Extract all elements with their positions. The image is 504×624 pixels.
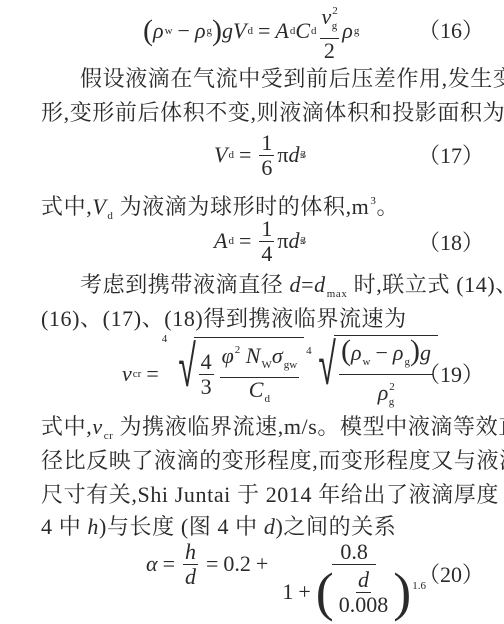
- equals-operator: =: [163, 551, 175, 577]
- equation-16: ( ρw − ρg ) g Vd = Ad Cd v2g 2 ρg: [143, 2, 359, 60]
- paragraph-text: 尺寸有关,Shi Juntai 于 2014 年给出了液滴厚度 (图: [41, 482, 504, 508]
- subscript: d: [311, 25, 317, 37]
- gravity-symbol: g: [222, 18, 233, 44]
- equation-18: Ad = 1 4 π d3s: [214, 212, 304, 270]
- drag-coefficient-symbol: C: [249, 377, 264, 402]
- plus-operator: +: [298, 565, 310, 619]
- denominator: d: [183, 565, 198, 589]
- denominator: 3: [199, 375, 214, 399]
- numerator: 4: [199, 350, 214, 375]
- close-paren: ): [212, 16, 222, 46]
- text-span: 式中,: [41, 194, 92, 219]
- pi-symbol: π: [277, 228, 288, 254]
- radical-sign: √: [178, 337, 196, 411]
- text-span: 。: [377, 194, 400, 219]
- paragraph-text: 考虑到携带液滴直径 d=dmax 时,联立式 (14)、: [80, 272, 504, 307]
- text-span: 为携液临界流速,m/s。模型中液滴等效直: [113, 414, 504, 439]
- rho-symbol: ρ: [378, 380, 389, 405]
- numerator: 1: [259, 217, 274, 242]
- diameter-symbol: d: [314, 272, 326, 297]
- denominator: 2: [322, 39, 337, 63]
- minus-operator: −: [376, 340, 388, 365]
- open-paren: (: [316, 565, 334, 619]
- text-span: 时,联立式 (14)、: [348, 272, 504, 297]
- diameter-symbol: d: [288, 228, 299, 254]
- velocity-symbol: v: [92, 414, 102, 439]
- paragraph-text: 假设液滴在气流中受到前后压差作用,发生变: [80, 66, 504, 92]
- area-symbol: A: [275, 18, 288, 44]
- lhs: α = h d = 0.2 +: [146, 540, 273, 588]
- close-paren: ): [393, 565, 411, 619]
- fraction: 1 4: [259, 217, 274, 266]
- numerator: d: [356, 568, 371, 593]
- pi-symbol: π: [277, 142, 288, 168]
- subscript: w: [165, 25, 173, 37]
- constant: 0.2: [223, 551, 251, 577]
- numerator: 1: [259, 131, 274, 156]
- volume-symbol: V: [233, 18, 246, 44]
- equation-number-18: （18）: [418, 230, 484, 256]
- paragraph-text: 式中,vcr 为携液临界流速,m/s。模型中液滴等效直: [41, 414, 504, 449]
- radical-sign: √: [318, 335, 336, 414]
- fraction: 0.8 1 + ( d 0.008 ) 1.6: [276, 540, 432, 619]
- paragraph-text: 径比反映了液滴的变形程度,而变形程度又与液滴: [41, 448, 504, 474]
- drag-coefficient-symbol: C: [295, 18, 310, 44]
- denominator: 4: [259, 242, 274, 266]
- text-span: 4 中: [41, 514, 87, 539]
- radicand: 4 3 φ2 NWσgw Cd: [194, 337, 305, 411]
- subscript: w: [363, 356, 371, 368]
- text-span: 式中,: [41, 414, 92, 439]
- subscript: d: [228, 149, 234, 161]
- equals-operator: =: [239, 228, 251, 254]
- equation-number-20: （20）: [418, 562, 484, 588]
- volume-symbol: V: [214, 142, 227, 168]
- fraction: v2g 2: [320, 0, 340, 63]
- root-index: 4: [162, 333, 168, 345]
- equals-operator: =: [146, 361, 158, 387]
- equation-17: Vd = 1 6 π d3s: [214, 126, 304, 184]
- diameter-symbol: d: [288, 142, 299, 168]
- subscript: s: [300, 149, 304, 161]
- rho-symbol: ρ: [153, 18, 164, 44]
- velocity-symbol: v: [122, 361, 132, 387]
- subscript: d: [264, 393, 270, 405]
- text-span: )与长度 (图 4 中: [99, 514, 264, 539]
- rho-symbol: ρ: [342, 18, 353, 44]
- equation-number-16: （16）: [418, 18, 484, 44]
- numerator: 0.8: [332, 540, 376, 565]
- fourth-root: 4 √ 4 3 φ2 NWσgw Cd: [164, 337, 304, 411]
- area-symbol: A: [214, 228, 227, 254]
- fraction: d 0.008: [337, 568, 391, 617]
- thickness-symbol: h: [87, 514, 99, 539]
- paragraph-text: (16)、(17)、(18)得到携液临界流速为: [41, 306, 407, 332]
- equation-19: vcr = 4 √ 4 3 φ2 NWσgw Cd 4 √ (ρw−ρg)g ρ…: [122, 338, 438, 410]
- subscript: cr: [133, 368, 142, 380]
- denominator: 1 + ( d 0.008 ) 1.6: [276, 565, 432, 619]
- fraction: 1 6: [259, 131, 274, 180]
- superscript: 2: [332, 5, 338, 17]
- velocity-symbol: v: [322, 4, 332, 29]
- subscript: d: [228, 235, 234, 247]
- superscript: 2: [235, 344, 241, 356]
- subscript: g: [389, 396, 395, 408]
- equals-operator: =: [258, 18, 270, 44]
- equation-number-19: （19）: [418, 362, 484, 388]
- subscript: s: [300, 235, 304, 247]
- volume-symbol: V: [92, 194, 106, 219]
- numerator: h: [183, 540, 198, 565]
- subscript: W: [261, 359, 271, 371]
- phi-symbol: φ: [222, 343, 234, 368]
- rho-symbol: ρ: [393, 340, 404, 365]
- alpha-symbol: α: [146, 551, 158, 577]
- text-span: )之间的关系: [275, 514, 396, 539]
- subscript: d: [247, 25, 253, 37]
- rho-symbol: ρ: [195, 18, 206, 44]
- sigma-symbol: σ: [272, 343, 283, 368]
- subscript: max: [327, 288, 348, 300]
- open-paren: (: [341, 334, 351, 367]
- fraction: h d: [183, 540, 198, 589]
- text-span: 考虑到携带液滴直径: [80, 272, 290, 297]
- equation-20: α = h d = 0.2 + 0.8 1 + ( d 0.008 ) 1.6: [146, 540, 435, 624]
- denominator: 6: [259, 156, 274, 180]
- gravity-symbol: g: [420, 340, 431, 365]
- paragraph-text: 4 中 h)与长度 (图 4 中 d)之间的关系: [41, 514, 396, 540]
- plus-operator: +: [256, 551, 268, 577]
- equals-operator: =: [206, 551, 218, 577]
- equals-operator: =: [239, 142, 251, 168]
- equation-number-17: （17）: [418, 143, 484, 169]
- minus-operator: −: [178, 18, 190, 44]
- fraction: 4 3: [199, 350, 214, 399]
- subscript: cr: [104, 430, 114, 442]
- length-symbol: d: [264, 514, 276, 539]
- root-index: 4: [306, 345, 312, 357]
- n-symbol: N: [246, 343, 261, 368]
- denominator: 0.008: [337, 593, 391, 617]
- subscript: gw: [284, 359, 297, 371]
- subscript: g: [332, 20, 338, 32]
- superscript: 2: [389, 381, 395, 393]
- subscript: g: [354, 25, 360, 37]
- fraction: φ2 NWσgw Cd: [220, 338, 300, 411]
- one: 1: [282, 565, 293, 619]
- open-paren: (: [143, 16, 153, 46]
- diameter-symbol: d: [290, 272, 302, 297]
- rho-symbol: ρ: [351, 340, 362, 365]
- equals-sign: =: [301, 272, 314, 297]
- paragraph-text: 形,变形前后体积不变,则液滴体积和投影面积为: [41, 100, 504, 126]
